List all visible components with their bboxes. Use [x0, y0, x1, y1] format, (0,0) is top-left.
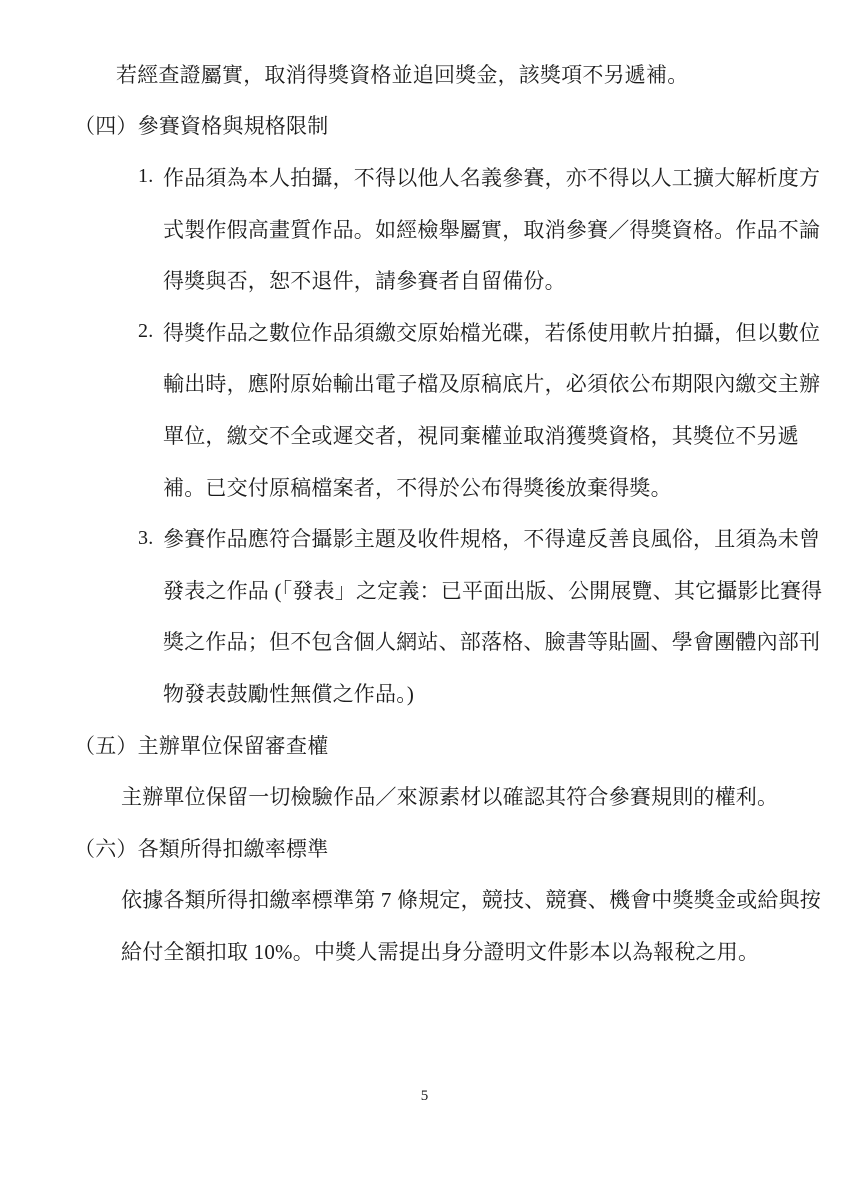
list-item-line: 式製作假高畫質作品。如經檢舉屬實，取消參賽／得獎資格。作品不論 [163, 214, 820, 244]
list-item-3-line: 發表之作品 (「發表」之定義：已平面出版、公開展覽、其它攝影比賽得 [0, 564, 849, 616]
list-item-2-line: 輸出時，應附原始輸出電子檔及原稿底片，必須依公布期限內繳交主辦 [0, 358, 849, 410]
paragraph-text: 給付全額扣取 10%。中獎人需提出身分證明文件影本以為報稅之用。 [121, 936, 759, 966]
section-heading-text: （六）各類所得扣繳率標準 [74, 833, 328, 863]
intro-continuation-line: 若經查證屬實，取消得獎資格並追回獎金，該獎項不另遞補。 [0, 48, 849, 100]
section-heading-6: （六）各類所得扣繳率標準 [0, 822, 849, 874]
list-item-line: 物發表鼓勵性無償之作品。) [163, 678, 414, 708]
section-heading-4: （四）參賽資格與規格限制 [0, 100, 849, 152]
document-page: 若經查證屬實，取消得獎資格並追回獎金，該獎項不另遞補。 （四）參賽資格與規格限制… [0, 0, 849, 1200]
list-item-line: 單位，繳交不全或遲交者，視同棄權並取消獲獎資格，其獎位不另遞 [163, 420, 799, 450]
section-6-paragraph-line: 依據各類所得扣繳率標準第 7 條規定，競技、競賽、機會中獎獎金或給與按 [0, 874, 849, 926]
list-item-line: 得獎與否，恕不退件，請參賽者自留備份。 [163, 265, 566, 295]
list-item-2: 2. 得獎作品之數位作品須繳交原始檔光碟，若係使用軟片拍攝，但以數位 [0, 306, 849, 358]
list-item-number: 1. [138, 165, 163, 188]
list-item-3-line: 獎之作品；但不包含個人網站、部落格、臉書等貼圖、學會團體內部刊 [0, 616, 849, 668]
list-item-3: 3. 參賽作品應符合攝影主題及收件規格，不得違反善良風俗，且須為未曾 [0, 512, 849, 564]
list-item-line: 輸出時，應附原始輸出電子檔及原稿底片，必須依公布期限內繳交主辦 [163, 368, 820, 398]
list-item-1-line: 式製作假高畫質作品。如經檢舉屬實，取消參賽／得獎資格。作品不論 [0, 203, 849, 255]
paragraph-text: 依據各類所得扣繳率標準第 7 條規定，競技、競賽、機會中獎獎金或給與按 [121, 884, 821, 914]
list-item-1: 1. 作品須為本人拍攝，不得以他人名義參賽，亦不得以人工擴大解析度方 [0, 151, 849, 203]
list-item-line: 發表之作品 (「發表」之定義：已平面出版、公開展覽、其它攝影比賽得 [163, 575, 822, 605]
list-item-line: 作品須為本人拍攝，不得以他人名義參賽，亦不得以人工擴大解析度方 [163, 162, 820, 192]
list-item-number: 2. [138, 320, 163, 343]
paragraph-text: 主辦單位保留一切檢驗作品／來源素材以確認其符合參賽規則的權利。 [121, 781, 778, 811]
list-item-1-line: 得獎與否，恕不退件，請參賽者自留備份。 [0, 254, 849, 306]
list-item-3-line: 物發表鼓勵性無償之作品。) [0, 667, 849, 719]
list-item-2-line: 單位，繳交不全或遲交者，視同棄權並取消獲獎資格，其獎位不另遞 [0, 409, 849, 461]
section-5-paragraph-line: 主辦單位保留一切檢驗作品／來源素材以確認其符合參賽規則的權利。 [0, 770, 849, 822]
paragraph-text: 若經查證屬實，取消得獎資格並追回獎金，該獎項不另遞補。 [116, 59, 688, 89]
section-heading-text: （五）主辦單位保留審查權 [74, 730, 328, 760]
list-item-number: 3. [138, 527, 163, 550]
section-heading-5: （五）主辦單位保留審查權 [0, 719, 849, 771]
list-item-line: 補。已交付原稿檔案者，不得於公布得獎後放棄得獎。 [163, 472, 672, 502]
section-heading-text: （四）參賽資格與規格限制 [74, 110, 328, 140]
section-6-paragraph-line: 給付全額扣取 10%。中獎人需提出身分證明文件影本以為報稅之用。 [0, 925, 849, 977]
page-number: 5 [0, 1088, 849, 1105]
list-item-line: 得獎作品之數位作品須繳交原始檔光碟，若係使用軟片拍攝，但以數位 [163, 317, 820, 347]
list-item-line: 獎之作品；但不包含個人網站、部落格、臉書等貼圖、學會團體內部刊 [163, 626, 820, 656]
list-item-line: 參賽作品應符合攝影主題及收件規格，不得違反善良風俗，且須為未曾 [163, 523, 820, 553]
list-item-2-line: 補。已交付原稿檔案者，不得於公布得獎後放棄得獎。 [0, 461, 849, 513]
